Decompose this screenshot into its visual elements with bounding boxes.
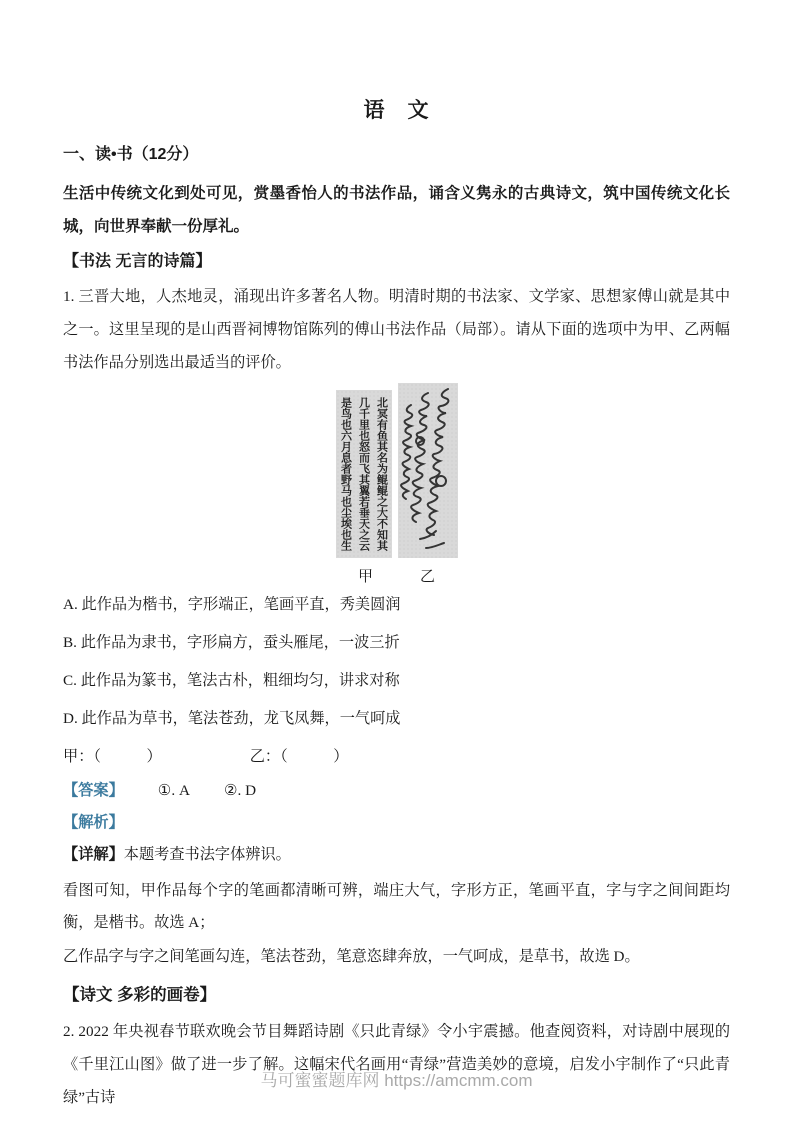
answer-tag: 【答案】 — [63, 782, 124, 799]
answer-item-1: ①. A — [158, 782, 190, 799]
calligraphy-figure: 北冥有鱼其名为鲲鲲之大不知其 几千里也怒而飞其翼若垂天之云 是鸟也六月息者野马也… — [336, 383, 458, 586]
exam-page: 语 文 一、读•书（12分） 生活中传统文化到处可见，赏墨香怡人的书法作品，诵含… — [0, 0, 793, 1122]
figure-labels: 甲 乙 — [336, 565, 458, 586]
label-yi: 乙 — [400, 565, 456, 586]
answer-item-2: ②. D — [224, 782, 256, 799]
detail-intro: 本题考查书法字体辨识。 — [124, 846, 291, 863]
cursive-script-icon — [398, 383, 458, 558]
option-a: A. 此作品为楷书，字形端正，笔画平直，秀美圆润 — [63, 594, 730, 615]
calligraphy-panels: 北冥有鱼其名为鲲鲲之大不知其 几千里也怒而飞其翼若垂天之云 是鸟也六月息者野马也… — [336, 383, 458, 558]
footer-watermark: 马可蜜蜜题库网 https://amcmm.com — [0, 1066, 793, 1091]
question2-text: 2. 2022 年央视春节联欢晚会节目舞蹈诗剧《只此青绿》令小宇震撼。他查阅资料… — [63, 1015, 730, 1114]
answer-row: 【答案】①. A②. D — [63, 780, 730, 801]
analysis-paragraph-2: 乙作品字与字之间笔画勾连，笔法苍劲，笔意恣肆奔放，一气呵成，是草书，故选 D。 — [63, 941, 730, 973]
detail-tag: 【详解】 — [63, 846, 124, 863]
jia-column-1: 北冥有鱼其名为鲲鲲之大不知其 — [373, 397, 391, 551]
option-c: C. 此作品为篆书，笔法古朴，粗细均匀，讲求对称 — [63, 670, 730, 691]
blank-yi: 乙：（ ） — [250, 748, 349, 765]
intro-paragraph: 生活中传统文化到处可见，赏墨香怡人的书法作品，诵含义隽永的古典诗文，筑中国传统文… — [63, 177, 730, 243]
calligraphy-jia-image: 北冥有鱼其名为鲲鲲之大不知其 几千里也怒而飞其翼若垂天之云 是鸟也六月息者野马也… — [336, 390, 392, 558]
option-b: B. 此作品为隶书，字形扁方，蚕头雁尾，一波三折 — [63, 632, 730, 653]
option-d: D. 此作品为草书，笔法苍劲，龙飞凤舞，一气呵成 — [63, 708, 730, 729]
question1-text: 1. 三晋大地，人杰地灵，涌现出许多著名人物。明清时期的书法家、文学家、思想家傅… — [63, 280, 730, 379]
block-heading-poetry: 【诗文 多彩的画卷】 — [63, 981, 730, 1005]
calligraphy-yi-image — [398, 383, 458, 558]
blank-jia: 甲：（ ） — [63, 748, 162, 765]
analysis-paragraph-1: 看图可知，甲作品每个字的笔画都清晰可辨，端庄大气，字形方正，笔画平直，字与字之间… — [63, 875, 730, 939]
label-jia: 甲 — [338, 565, 394, 586]
detail-row: 【详解】本题考查书法字体辨识。 — [63, 844, 730, 865]
analysis-tag: 【解析】 — [63, 814, 124, 831]
block-heading-calligraphy: 【书法 无言的诗篇】 — [63, 248, 730, 271]
section-heading-read-write: 一、读•书（12分） — [63, 141, 730, 164]
jia-column-3: 是鸟也六月息者野马也尘埃也生 — [337, 397, 355, 551]
answer-blanks-row: 甲：（ ）乙：（ ） — [63, 746, 730, 767]
page-title: 语 文 — [63, 94, 730, 124]
jia-column-2: 几千里也怒而飞其翼若垂天之云 — [355, 397, 373, 551]
analysis-tag-row: 【解析】 — [63, 812, 730, 833]
question1-options: A. 此作品为楷书，字形端正，笔画平直，秀美圆润 B. 此作品为隶书，字形扁方，… — [63, 594, 730, 729]
